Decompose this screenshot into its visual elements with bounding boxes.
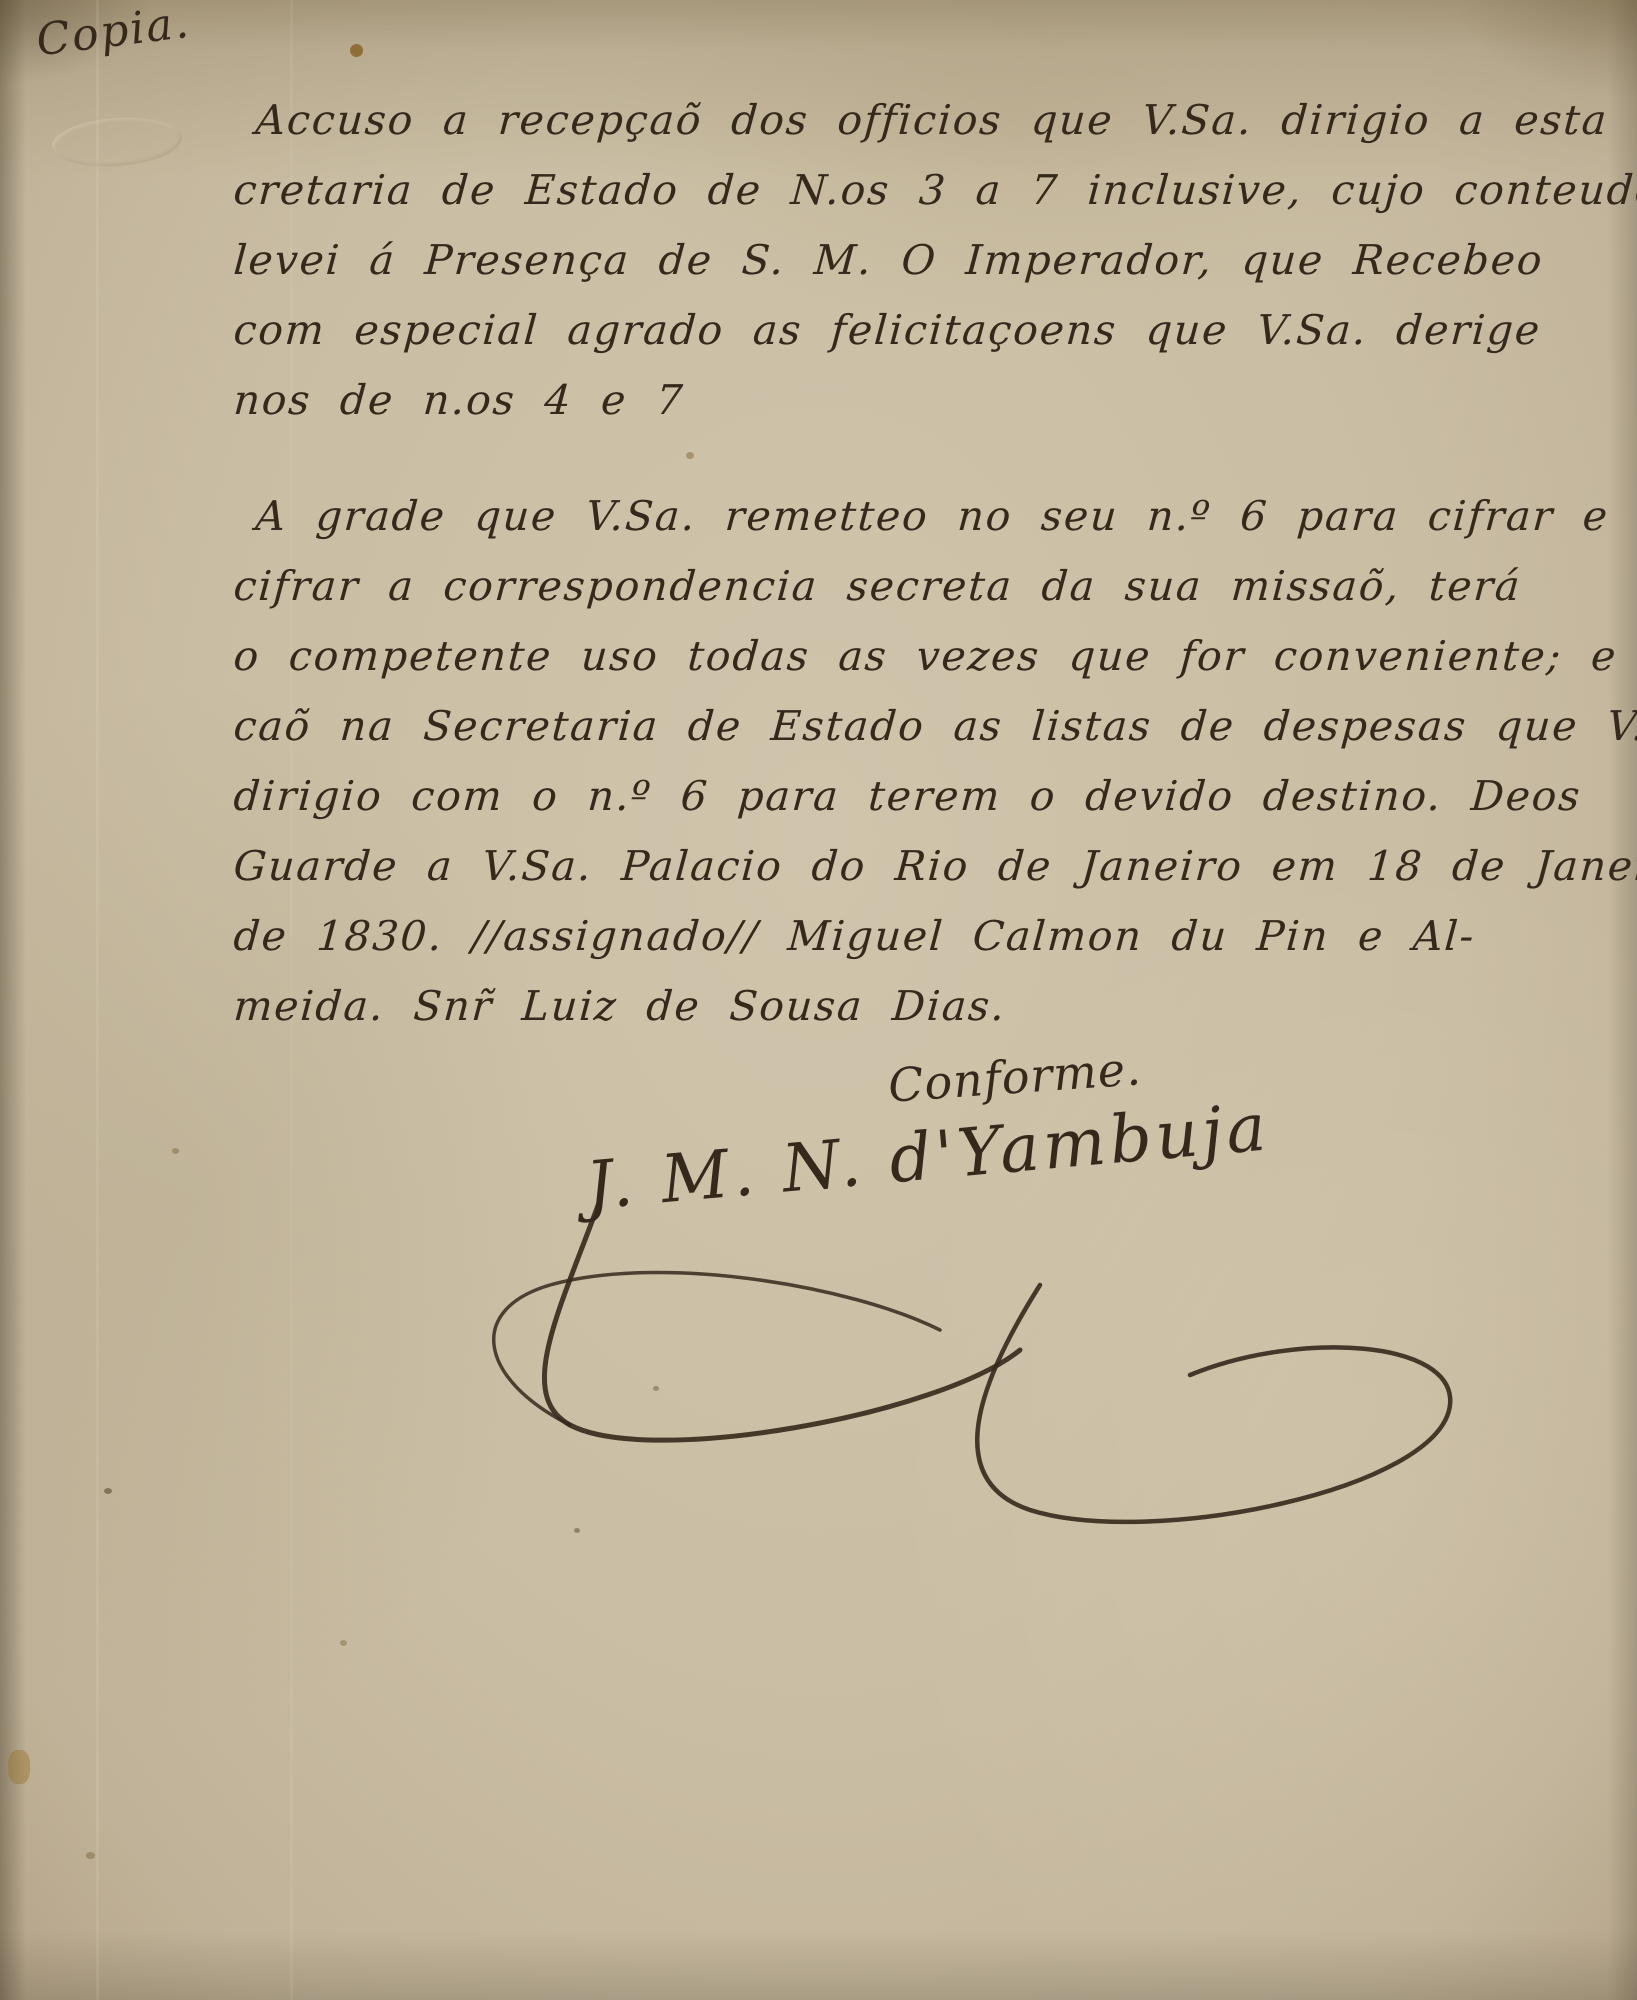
paper-speck: [686, 452, 694, 459]
paper-speck: [104, 1488, 112, 1494]
manuscript-line: o competente uso todas as vezes que for …: [232, 632, 1637, 680]
manuscript-line: Guarde a V.Sa. Palacio do Rio de Janeiro…: [232, 842, 1637, 890]
manuscript-line: A grade que V.Sa. remetteo no seu n.º 6 …: [232, 492, 1637, 540]
manuscript-page: Copia. Accuso a recepçaõ dos officios qu…: [0, 0, 1637, 2000]
manuscript-line: levei á Presença de S. M. O Imperador, q…: [232, 236, 1545, 284]
copy-label: Copia.: [33, 0, 193, 66]
manuscript-line: caõ na Secretaria de Estado as listas de…: [232, 702, 1637, 750]
paper-speck: [350, 44, 363, 57]
manuscript-line: nos de n.os 4 e 7: [232, 376, 686, 424]
manuscript-line: Accuso a recepçaõ dos officios que V.Sa.…: [232, 96, 1637, 144]
manuscript-line: cifrar a correspondencia secreta da sua …: [232, 562, 1523, 610]
manuscript-line: meida. Snr̃ Luiz de Sousa Dias.: [232, 982, 1008, 1030]
embossed-seal: [50, 114, 183, 171]
paper-speck: [340, 1640, 347, 1646]
paper-speck: [86, 1852, 95, 1859]
manuscript-line: dirigio com o n.º 6 para terem o devido …: [232, 772, 1583, 820]
paper-speck: [172, 1148, 179, 1154]
manuscript-line: cretaria de Estado de N.os 3 a 7 inclusi…: [232, 166, 1637, 214]
paper-stain: [8, 1750, 30, 1784]
paper-fold-line: [96, 0, 99, 2000]
signature-flourish: [420, 1190, 1520, 1610]
manuscript-line: de 1830. //assignado// Miguel Calmon du …: [232, 912, 1477, 960]
paper-speck: [653, 1386, 659, 1391]
manuscript-line: com especial agrado as felicitaçoens que…: [232, 306, 1543, 354]
paper-speck: [574, 1528, 580, 1533]
